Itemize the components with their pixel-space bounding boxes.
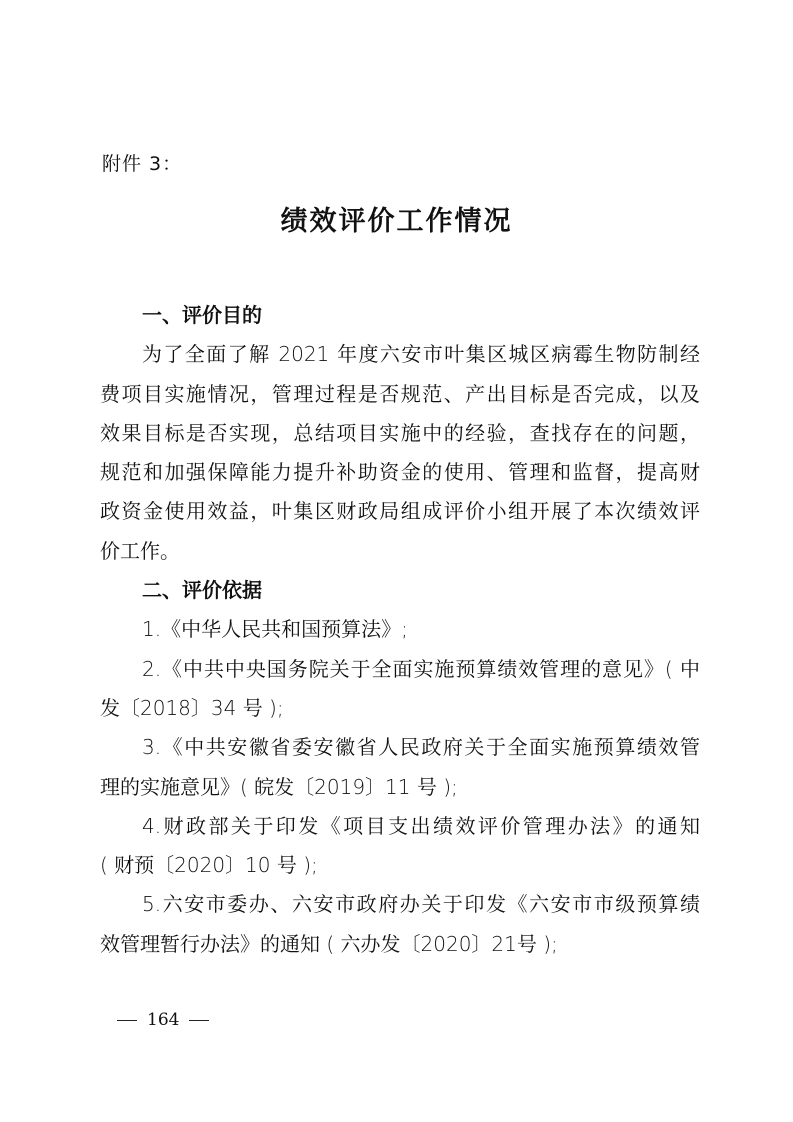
document-page: 附件 3： 绩效评价工作情况 一、评价目的 为了全面了解 2021 年度六安市叶… [0, 0, 793, 1122]
page-footer: 164 [117, 1008, 209, 1032]
basis-item-line: 理的实施意见》( 皖发〔2019〕11 号 ); [100, 768, 700, 807]
paragraph-line: 规范和加强保障能力提升补助资金的使用、管理和监督，提高财 [100, 453, 700, 492]
basis-item-line: 5.六安市委办、六安市政府办关于印发《六安市市级预算绩 [100, 885, 700, 924]
basis-item: 2.《中共中央国务院关于全面实施预算绩效管理的意见》( 中 发〔2018〕34 … [100, 650, 700, 729]
basis-item: 1.《中华人民共和国预算法》; [100, 610, 700, 649]
basis-item-line: 发〔2018〕34 号 ); [100, 689, 700, 728]
page-number: 164 [147, 1008, 179, 1032]
document-body: 一、评价目的 为了全面了解 2021 年度六安市叶集区城区病霉生物防制经 费项目… [100, 296, 700, 964]
attachment-label: 附件 3： [102, 150, 182, 178]
basis-item: 4.财政部关于印发《项目支出绩效评价管理办法》的通知 ( 财预〔2020〕10 … [100, 807, 700, 886]
basis-item-line: ( 财预〔2020〕10 号 ); [100, 846, 700, 885]
dash-decoration [189, 1020, 209, 1021]
document-title: 绩效评价工作情况 [0, 200, 793, 244]
basis-item: 5.六安市委办、六安市政府办关于印发《六安市市级预算绩 效管理暂行办法》的通知 … [100, 885, 700, 964]
paragraph-line: 为了全面了解 2021 年度六安市叶集区城区病霉生物防制经 [100, 335, 700, 374]
basis-item-line: 4.财政部关于印发《项目支出绩效评价管理办法》的通知 [100, 807, 700, 846]
section-heading-basis: 二、评价依据 [100, 571, 700, 610]
basis-item: 3.《中共安徽省委安徽省人民政府关于全面实施预算绩效管 理的实施意见》( 皖发〔… [100, 728, 700, 807]
basis-item-line: 2.《中共中央国务院关于全面实施预算绩效管理的意见》( 中 [100, 650, 700, 689]
basis-item-line: 1.《中华人民共和国预算法》; [100, 610, 700, 649]
purpose-paragraph: 为了全面了解 2021 年度六安市叶集区城区病霉生物防制经 费项目实施情况，管理… [100, 335, 700, 571]
basis-item-line: 效管理暂行办法》的通知 ( 六办发〔2020〕21号 ); [100, 925, 700, 964]
basis-list: 1.《中华人民共和国预算法》; 2.《中共中央国务院关于全面实施预算绩效管理的意… [100, 610, 700, 964]
paragraph-line: 政资金使用效益，叶集区财政局组成评价小组开展了本次绩效评 [100, 492, 700, 531]
paragraph-line: 效果目标是否实现，总结项目实施中的经验，查找存在的问题， [100, 414, 700, 453]
basis-item-line: 3.《中共安徽省委安徽省人民政府关于全面实施预算绩效管 [100, 728, 700, 767]
section-heading-purpose: 一、评价目的 [100, 296, 700, 335]
dash-decoration [117, 1020, 137, 1021]
paragraph-line: 价工作。 [100, 532, 700, 571]
paragraph-line: 费项目实施情况，管理过程是否规范、产出目标是否完成，以及 [100, 375, 700, 414]
